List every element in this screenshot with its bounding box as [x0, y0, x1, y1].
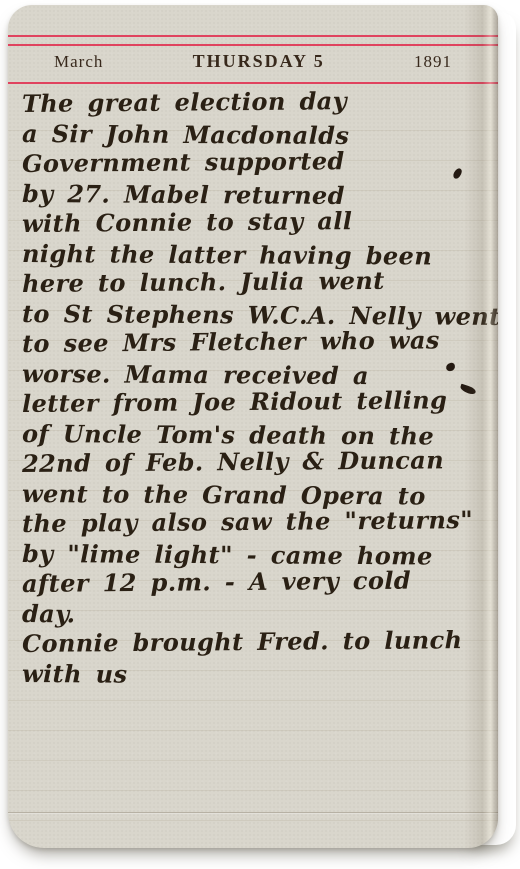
header-weekday-date: THURSDAY 5 — [193, 51, 325, 72]
diary-scan: March THURSDAY 5 1891 The great election… — [0, 0, 520, 869]
entry-line: here to lunch. Julia went — [22, 265, 484, 299]
entry-line: Government supported — [22, 145, 484, 179]
handwritten-entry: The great election day a Sir John Macdon… — [22, 89, 484, 689]
page-crease — [8, 812, 498, 813]
entry-line: The great election day — [22, 85, 484, 119]
entry-line: after 12 p.m. - A very cold — [22, 565, 484, 599]
entry-line: 22nd of Feb. Nelly & Duncan — [22, 445, 484, 479]
entry-line: with Connie to stay all — [22, 205, 484, 239]
entry-line: letter from Joe Ridout telling — [22, 385, 484, 419]
entry-line: the play also saw the "returns" — [22, 505, 484, 539]
header-year: 1891 — [414, 52, 452, 72]
red-rule-top — [8, 35, 498, 46]
header-month: March — [54, 52, 103, 72]
entry-line: with us — [22, 659, 484, 692]
entry-line: Connie brought Fred. to lunch — [22, 625, 484, 659]
entry-line: to see Mrs Fletcher who was — [22, 325, 484, 359]
printed-header: March THURSDAY 5 1891 — [8, 51, 498, 77]
red-rule-below-header — [8, 82, 498, 84]
diary-page: March THURSDAY 5 1891 The great election… — [8, 5, 498, 848]
